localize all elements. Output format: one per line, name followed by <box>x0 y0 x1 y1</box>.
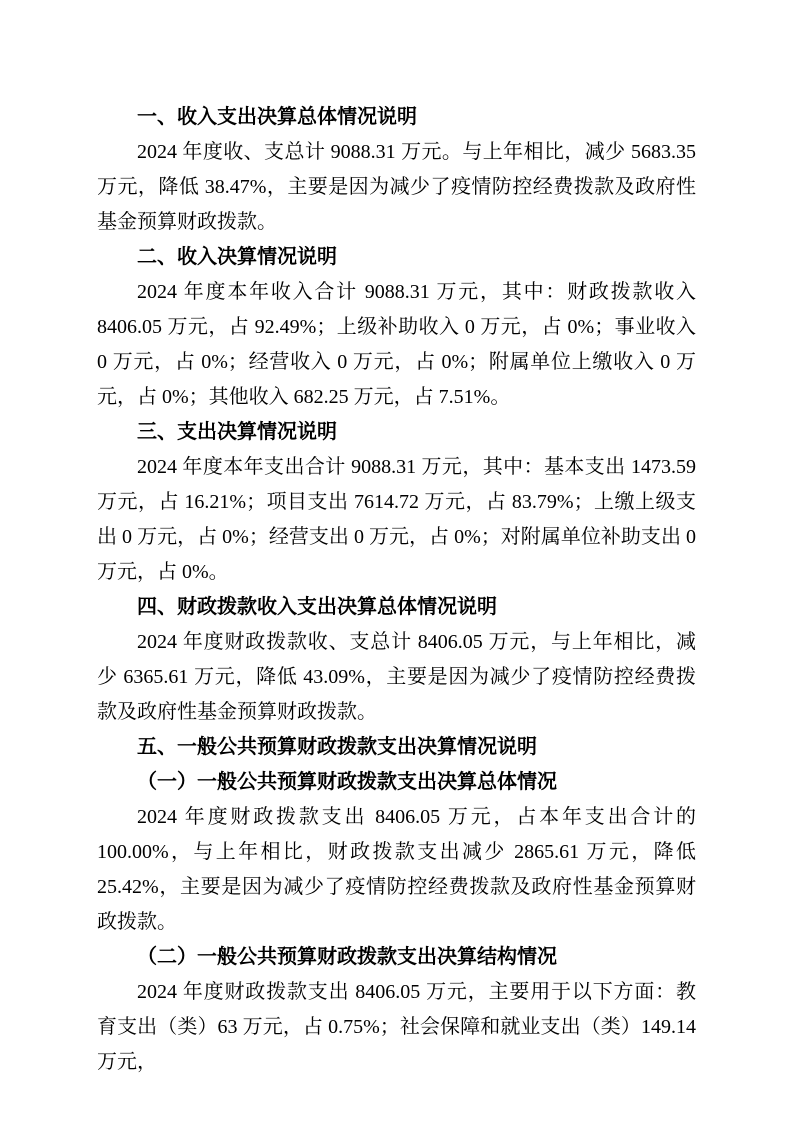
document-content: 一、收入支出决算总体情况说明 2024 年度收、支总计 9088.31 万元。与… <box>97 100 696 1080</box>
section-3-heading: 三、支出决算情况说明 <box>97 415 696 450</box>
section-5-subsection-2-paragraph: 2024 年度财政拨款支出 8406.05 万元，主要用于以下方面：教育支出（类… <box>97 975 696 1080</box>
section-1-paragraph: 2024 年度收、支总计 9088.31 万元。与上年相比，减少 5683.35… <box>97 135 696 240</box>
section-4-paragraph: 2024 年度财政拨款收、支总计 8406.05 万元，与上年相比，减少 636… <box>97 625 696 730</box>
section-5-subsection-2-heading: （二）一般公共预算财政拨款支出决算结构情况 <box>97 940 696 975</box>
section-5-subsection-1-paragraph: 2024 年度财政拨款支出 8406.05 万元，占本年支出合计的 100.00… <box>97 800 696 940</box>
section-2-heading: 二、收入决算情况说明 <box>97 240 696 275</box>
section-1-heading: 一、收入支出决算总体情况说明 <box>97 100 696 135</box>
section-5-heading: 五、一般公共预算财政拨款支出决算情况说明 <box>97 730 696 765</box>
section-4-heading: 四、财政拨款收入支出决算总体情况说明 <box>97 590 696 625</box>
section-5-subsection-1-heading: （一）一般公共预算财政拨款支出决算总体情况 <box>97 765 696 800</box>
section-2-paragraph: 2024 年度本年收入合计 9088.31 万元，其中：财政拨款收入 8406.… <box>97 275 696 415</box>
section-3-paragraph: 2024 年度本年支出合计 9088.31 万元，其中：基本支出 1473.59… <box>97 450 696 590</box>
document-page: 一、收入支出决算总体情况说明 2024 年度收、支总计 9088.31 万元。与… <box>0 0 793 1122</box>
